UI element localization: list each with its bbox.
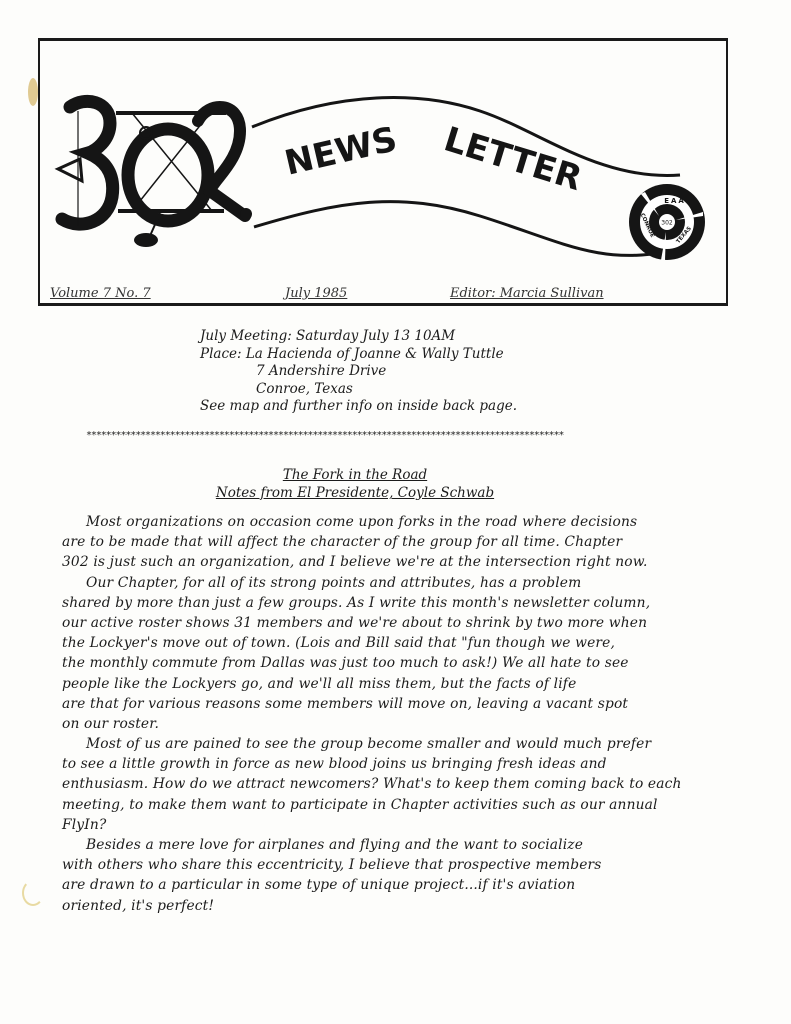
article-line: with others who share this eccentricity,… [62,855,722,875]
article-line: Besides a mere love for airplanes and fl… [62,835,722,855]
article-body: Most organizations on occasion come upon… [62,512,722,916]
issue-date: July 1985 [285,286,347,301]
editor-credit: Editor: Marcia Sullivan [450,286,604,301]
emblem-top-text: EAA [664,197,686,205]
meeting-info: July Meeting: Saturday July 13 10AM Plac… [200,328,517,416]
article-line: enthusiasm. How do we attract newcomers?… [62,774,722,794]
article-title: The Fork in the Road [185,466,525,484]
masthead-footer: Volume 7 No. 7 July 1985 Editor: Marcia … [50,283,716,301]
article-line: oriented, it's perfect! [62,896,722,916]
article-line: 302 is just such an organization, and I … [62,552,722,572]
chapter-302-biplane-logo-icon [58,101,252,247]
article-subtitle: Notes from El Presidente, Coyle Schwab [185,484,525,502]
meeting-address-street: 7 Andershire Drive [200,363,517,381]
article-line: our active roster shows 31 members and w… [62,613,722,633]
article-line: on our roster. [62,714,722,734]
article-line: the Lockyer's move out of town. (Lois an… [62,633,722,653]
paper-stain [28,78,38,106]
title-news: NEWS [281,119,401,184]
article-line: Our Chapter, for all of its strong point… [62,573,722,593]
asterisk-separator: ****************************************… [86,430,652,441]
article-line: are that for various reasons some member… [62,694,722,714]
masthead-artwork: NEWS LETTER 302 EAA CONROE TEXAS [40,41,726,303]
article-line: meeting, to make them want to participat… [62,795,722,815]
meeting-address-city: Conroe, Texas [200,381,517,399]
article-line: Most organizations on occasion come upon… [62,512,722,532]
masthead: NEWS LETTER 302 EAA CONROE TEXAS Volume … [38,38,728,306]
meeting-date: July Meeting: Saturday July 13 10AM [200,328,517,346]
article-line: shared by more than just a few groups. A… [62,593,722,613]
article-line: Most of us are pained to see the group b… [62,734,722,754]
article-line: the monthly commute from Dallas was just… [62,653,722,673]
paper-stain [22,880,44,906]
eaa-emblem-icon: 302 EAA CONROE TEXAS [629,184,705,260]
meeting-place: Place: La Hacienda of Joanne & Wally Tut… [200,346,517,364]
article-line: are drawn to a particular in some type o… [62,875,722,895]
meeting-map-note: See map and further info on inside back … [200,398,517,416]
article-line: people like the Lockyers go, and we'll a… [62,674,722,694]
article-line: are to be made that will affect the char… [62,532,722,552]
emblem-center-text: 302 [661,220,673,227]
volume-number: Volume 7 No. 7 [50,286,151,301]
title-letter: LETTER [439,119,586,199]
article-heading: The Fork in the Road Notes from El Presi… [185,466,525,502]
article-line: FlyIn? [62,815,722,835]
article-line: to see a little growth in force as new b… [62,754,722,774]
